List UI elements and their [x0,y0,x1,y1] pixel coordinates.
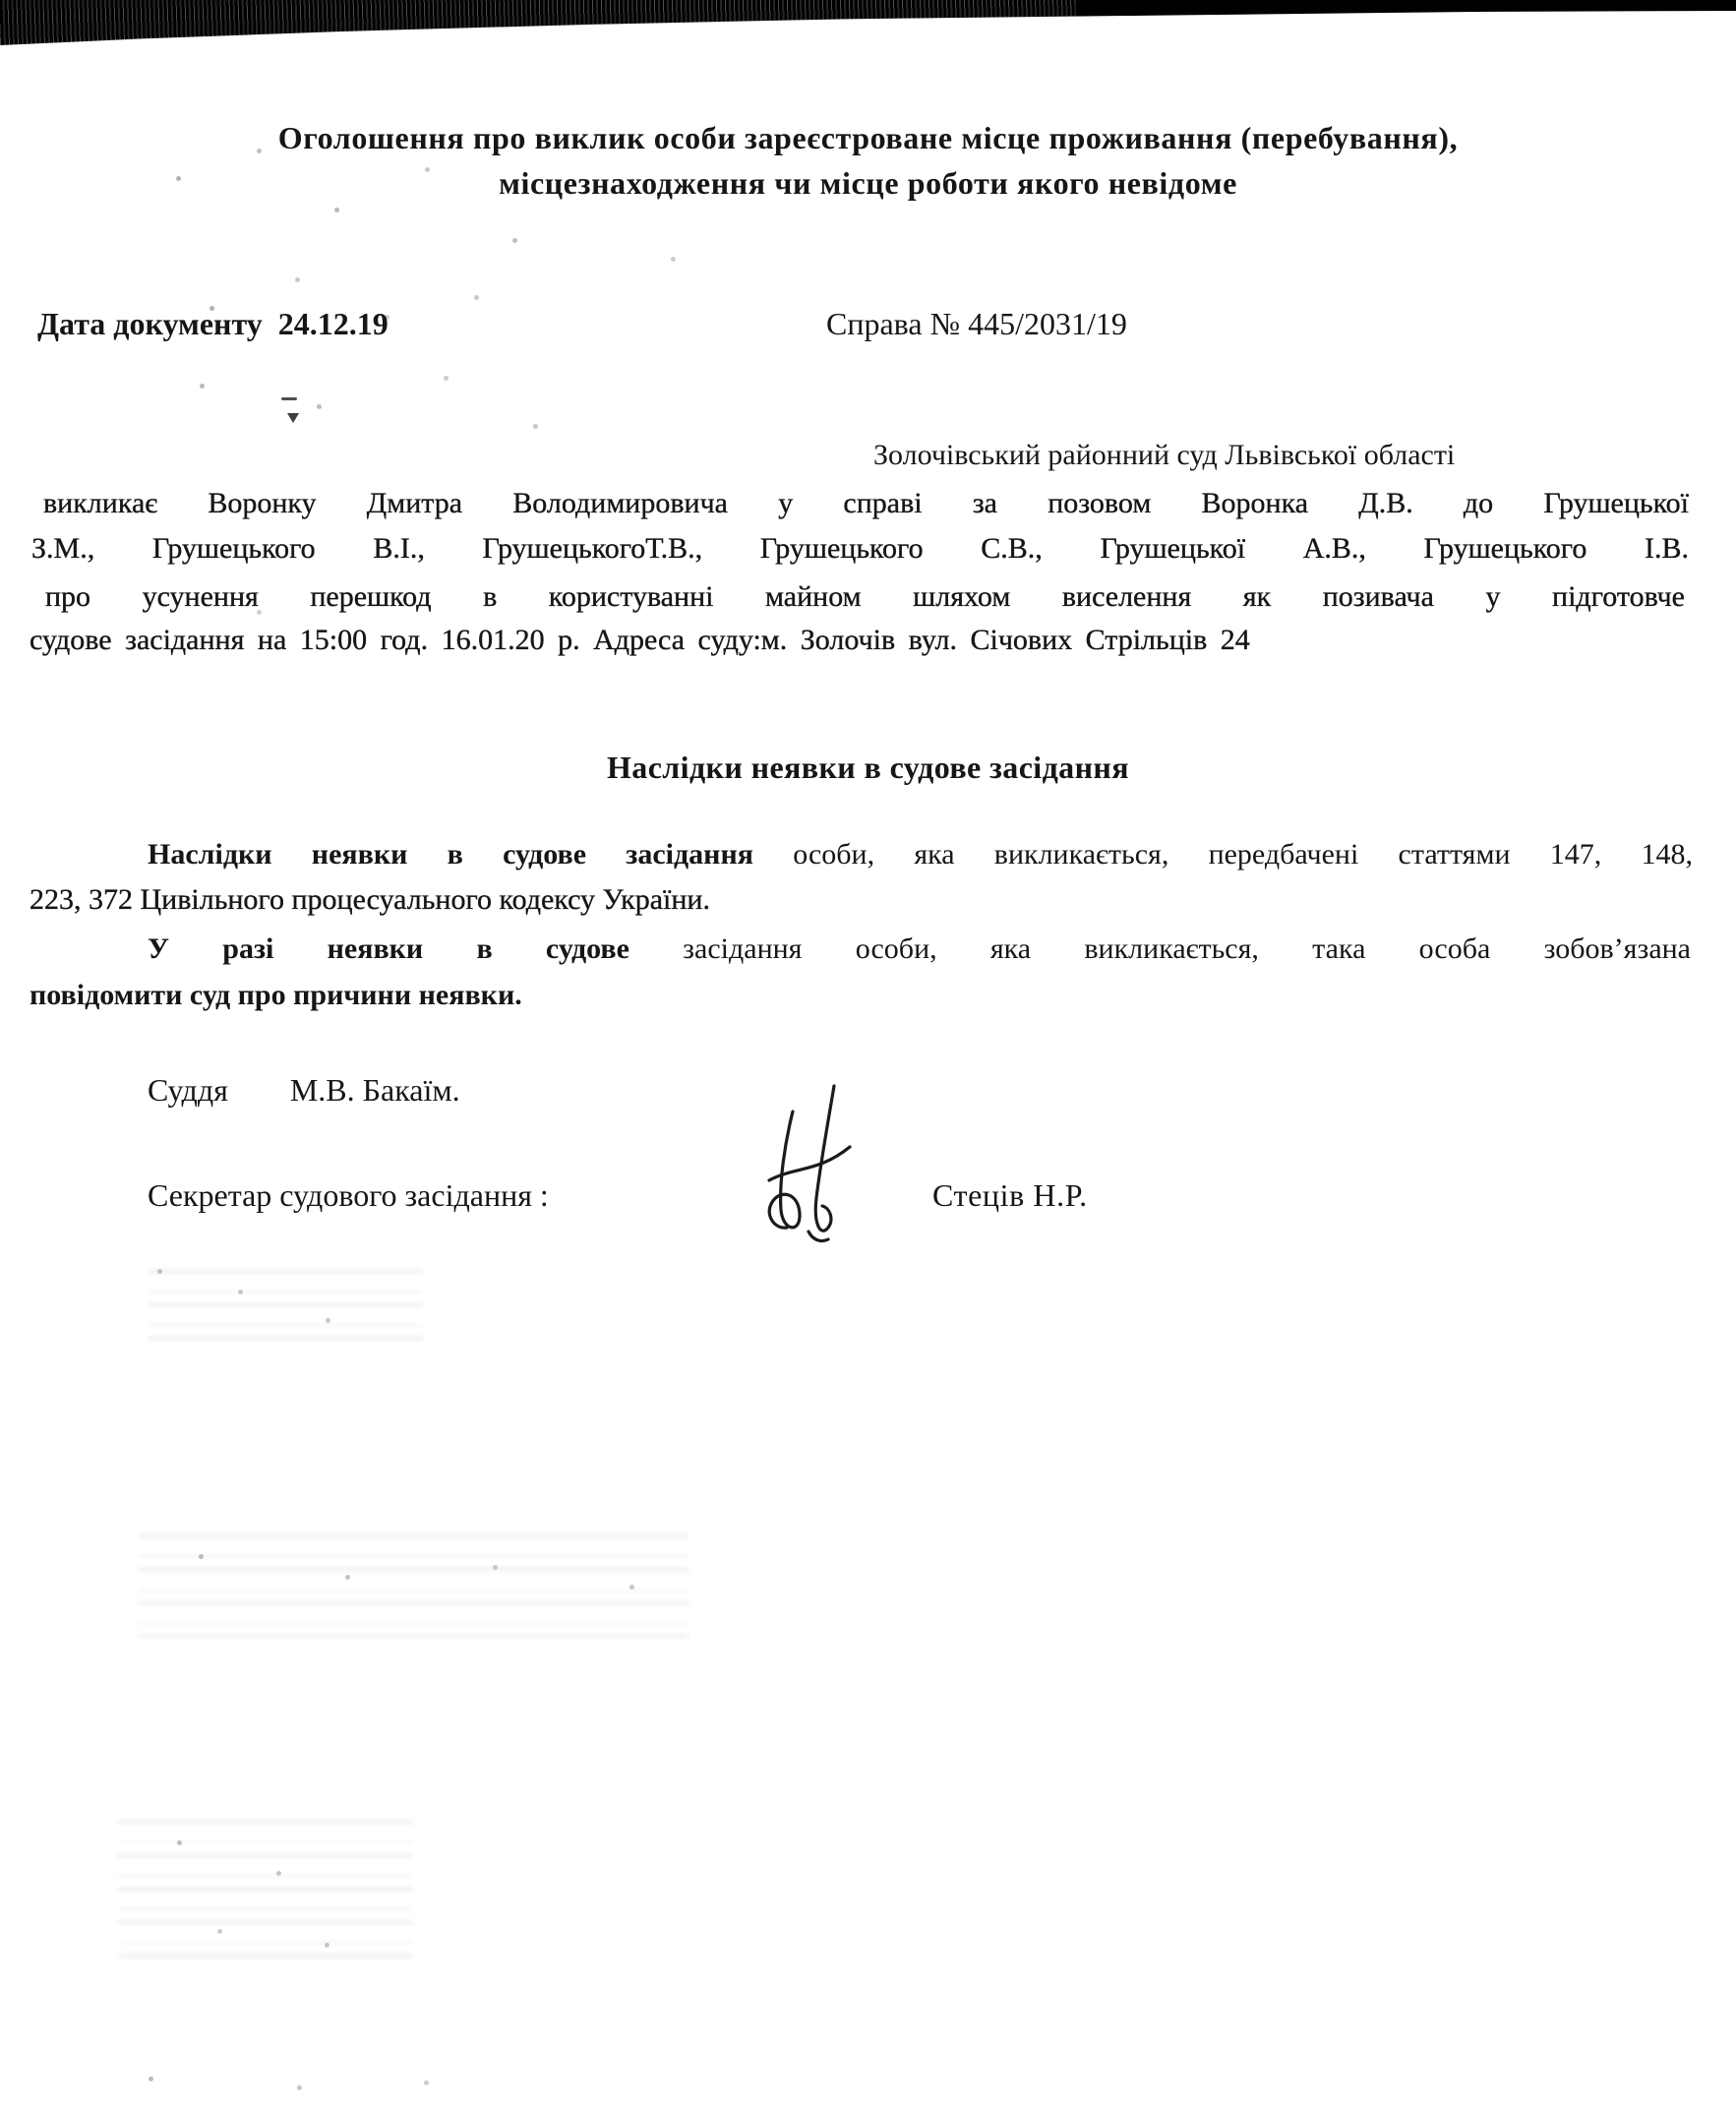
scanned-court-document-page: Оголошення про виклик особи зареєстрован… [0,0,1736,2103]
paragraph-line: Наслідки неявки в судове засідання особи… [148,836,1693,873]
judge-line: Суддя М.В. Бакаїм. [148,1071,460,1109]
ink-blot [287,413,299,423]
scan-noise-speckles [0,0,3,3]
date-label: Дата документу [37,306,263,341]
document-title-line1: Оголошення про виклик особи зареєстрован… [0,115,1736,160]
scan-smudge [148,1261,423,1340]
document-title: Оголошення про виклик особи зареєстрован… [0,115,1736,206]
scan-smudge [138,1530,688,1638]
date-value: 24.12.19 [278,306,389,341]
judge-label: Суддя [148,1072,228,1108]
body-line: Золочівський районний суд Львівської обл… [873,437,1455,474]
paragraph-line: У разі неявки в судове засідання особи, … [148,931,1691,968]
case-number: Справа № 445/2031/19 [826,305,1127,342]
paragraph-rest: особи, яка викликається, передбачені ста… [753,838,1693,871]
paragraph-rest: засідання особи, яка викликається, така … [629,932,1691,965]
scanner-streaks [0,0,1076,45]
body-line: З.М., Грушецького В.І., ГрушецькогоТ.В.,… [31,530,1689,568]
secretary-name: Стеців Н.Р. [932,1176,1088,1214]
judge-name: М.В. Бакаїм. [290,1072,460,1108]
body-line: судове засідання на 15:00 год. 16.01.20 … [30,622,1250,659]
ink-blot [281,397,297,400]
section-heading: Наслідки неявки в судове засідання [0,750,1736,786]
paragraph-lead: Наслідки неявки в судове засідання [148,838,753,871]
scan-smudge [118,1810,413,1957]
document-title-line2: місцезнаходження чи місце роботи якого н… [0,160,1736,206]
body-line: викликає Воронку Дмитра Володимировича у… [43,485,1689,522]
body-line: про усунення перешкод в користуванні май… [45,578,1685,616]
document-date: Дата документу 24.12.19 [37,305,389,342]
paragraph-line: 223, 372 Цивільного процесуального кодек… [30,881,710,919]
paragraph-lead: У разі неявки в судове [148,932,629,965]
signature-icon [755,1084,866,1251]
secretary-label: Секретар судового засідання : [148,1176,549,1214]
scanner-edge-band [0,0,1736,45]
paragraph-line: повідомити суд про причини неявки. [30,977,522,1014]
